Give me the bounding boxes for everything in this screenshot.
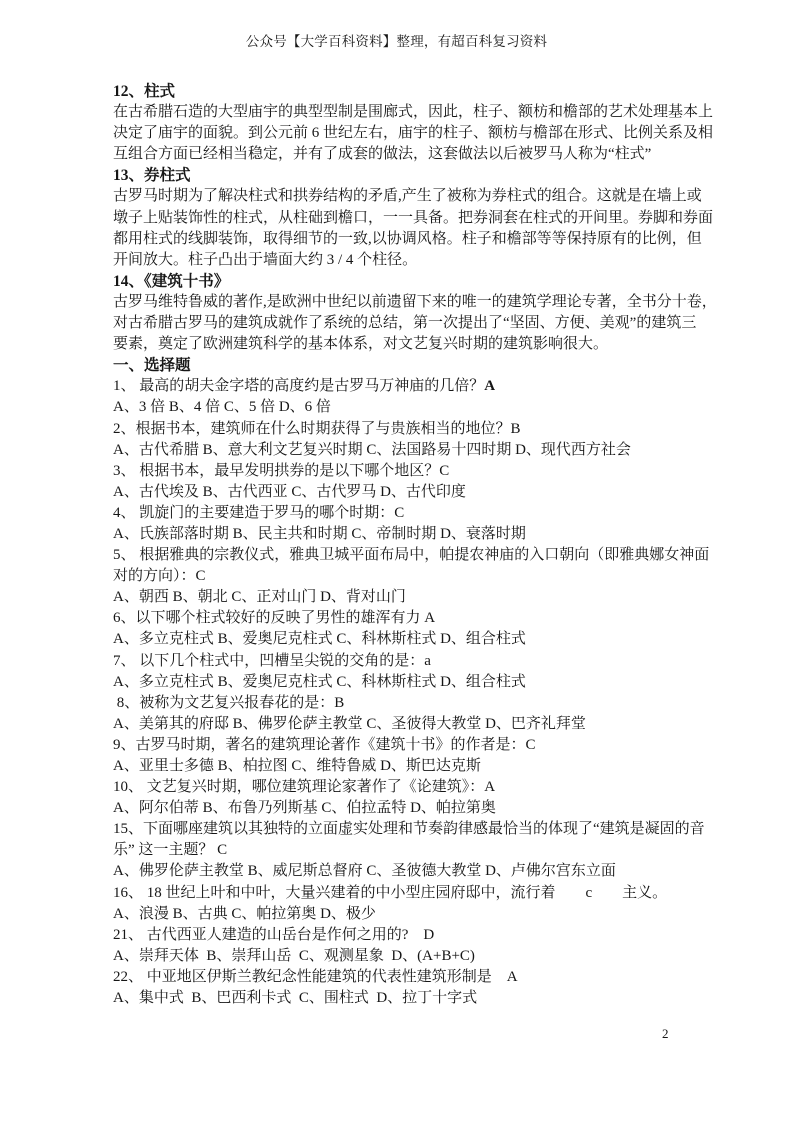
document-line: 开间放大。柱子凸出于墙面大约 3 / 4 个柱径。 [113, 250, 695, 271]
document-line: A、集中式 B、巴西利卡式 C、围柱式 D、拉丁十字式 [113, 988, 695, 1009]
line-text: A、古代埃及 B、古代西亚 C、古代罗马 D、古代印度 [113, 484, 466, 500]
document-line: A、3 倍 B、4 倍 C、5 倍 D、6 倍 [113, 397, 695, 418]
document-line: 10、 文艺复兴时期，哪位建筑理论家著作了《论建筑》：A [113, 777, 695, 798]
document-line: 8、被称为文艺复兴报春花的是：B [113, 693, 695, 714]
document-line: A、多立克柱式 B、爱奥尼克柱式 C、科林斯柱式 D、组合柱式 [113, 672, 695, 693]
line-text: A、多立克柱式 B、爱奥尼克柱式 C、科林斯柱式 D、组合柱式 [113, 674, 526, 690]
line-text: 9、古罗马时期，著名的建筑理论著作《建筑十书》的作者是：C [113, 737, 536, 753]
line-text: 决定了庙宇的面貌。到公元前 6 世纪左右，庙宇的柱子、额枋与檐部在形式、比例关系… [113, 125, 713, 141]
line-text: 13、券柱式 [113, 167, 191, 184]
section-heading: 12、柱式 [113, 81, 695, 102]
document-line: 对的方向）：C [113, 566, 695, 587]
document-line: 古罗马时期为了解决柱式和拱券结构的矛盾,产生了被称为券柱式的组合。这就是在墙上或 [113, 186, 695, 207]
section-heading: 13、券柱式 [113, 165, 695, 186]
line-text: A、古代希腊 B、意大利文艺复兴时期 C、法国路易十四时期 D、现代西方社会 [113, 442, 631, 458]
line-text: A、3 倍 B、4 倍 C、5 倍 D、6 倍 [113, 399, 331, 415]
document-line: 在古希腊石造的大型庙宇的典型型制是围廊式，因此，柱子、额枋和檐部的艺术处理基本上 [113, 102, 695, 123]
document-line: 3、 根据书本，最早发明拱券的是以下哪个地区？C [113, 461, 695, 482]
line-text: 14、《建筑十书》 [113, 273, 229, 290]
line-text: 15、下面哪座建筑以其独特的立面虚实处理和节奏韵律感最恰当的体现了“建筑是凝固的… [113, 821, 705, 837]
line-text: A、佛罗伦萨主教堂 B、威尼斯总督府 C、圣彼德大教堂 D、卢佛尔宫东立面 [113, 863, 616, 879]
document-line: 4、 凯旋门的主要建造于罗马的哪个时期：C [113, 503, 695, 524]
document-line: 要素，奠定了欧洲建筑科学的基本体系，对文艺复兴时期的建筑影响很大。 [113, 334, 695, 355]
document-line: 21、 古代西亚人建造的山岳台是作何之用的? D [113, 925, 695, 946]
line-text: A、多立克柱式 B、爱奥尼克柱式 C、科林斯柱式 D、组合柱式 [113, 631, 526, 647]
document-line: A、古代埃及 B、古代西亚 C、古代罗马 D、古代印度 [113, 482, 695, 503]
line-text: A、朝西 B、朝北 C、正对山门 D、背对山门 [113, 589, 406, 605]
document-line: 1、 最高的胡夫金字塔的高度约是古罗马万神庙的几倍？A [113, 376, 695, 397]
line-text: 2、根据书本，建筑师在什么时期获得了与贵族相当的地位？B [113, 421, 521, 437]
document-line: 16、 18 世纪上叶和中叶，大量兴建着的中小型庄园府邸中，流行着 c 主义。 [113, 883, 695, 904]
line-text: 6、以下哪个柱式较好的反映了男性的雄浑有力 A [113, 610, 435, 626]
document-line: A、亚里士多德 B、柏拉图 C、维特鲁威 D、斯巴达克斯 [113, 756, 695, 777]
document-line: 都用柱式的线脚装饰，取得细节的一致,以协调风格。柱子和檐部等等保持原有的比例，但 [113, 229, 695, 250]
document-line: A、阿尔伯蒂 B、布鲁乃列斯基 C、伯拉孟特 D、帕拉第奥 [113, 798, 695, 819]
line-text: 8、被称为文艺复兴报春花的是：B [113, 695, 344, 711]
document-line: A、浪漫 B、古典 C、帕拉第奥 D、极少 [113, 904, 695, 925]
line-text: A、氏族部落时期 B、民主共和时期 C、帝制时期 D、衰落时期 [113, 526, 526, 542]
document-line: 2、根据书本，建筑师在什么时期获得了与贵族相当的地位？B [113, 419, 695, 440]
line-text: 要素，奠定了欧洲建筑科学的基本体系，对文艺复兴时期的建筑影响很大。 [113, 336, 608, 352]
line-text: 乐” 这一主题？ C [113, 842, 227, 858]
document-line: A、古代希腊 B、意大利文艺复兴时期 C、法国路易十四时期 D、现代西方社会 [113, 440, 695, 461]
document-line: 对古希腊古罗马的建筑成就作了系统的总结，第一次提出了“坚固、方便、美观”的建筑三 [113, 313, 695, 334]
line-text: A、崇拜天体 B、崇拜山岳 C、观测星象 D、(A+B+C) [113, 948, 475, 964]
document-line: 15、下面哪座建筑以其独特的立面虚实处理和节奏韵律感最恰当的体现了“建筑是凝固的… [113, 819, 695, 840]
document-line: A、朝西 B、朝北 C、正对山门 D、背对山门 [113, 587, 695, 608]
answer-letter: A [484, 378, 495, 394]
line-text: 互组合方面已经相当稳定，并有了成套的做法，这套做法以后被罗马人称为“柱式” [113, 146, 651, 162]
document-line: A、崇拜天体 B、崇拜山岳 C、观测星象 D、(A+B+C) [113, 946, 695, 967]
section-heading: 14、《建筑十书》 [113, 271, 695, 292]
page-header-text: 公众号【大学百科资料】整理，有超百科复习资料 [0, 30, 793, 50]
line-text: 22、 中亚地区伊斯兰教纪念性能建筑的代表性建筑形制是 A [113, 969, 518, 985]
line-text: 在古希腊石造的大型庙宇的典型型制是围廊式，因此，柱子、额枋和檐部的艺术处理基本上 [113, 104, 713, 120]
line-text: 一、选择题 [113, 357, 191, 374]
document-line: 墩子上贴装饰性的柱式，从柱础到檐口，一一具备。把券洞套在柱式的开间里。券脚和券面 [113, 208, 695, 229]
line-text: 开间放大。柱子凸出于墙面大约 3 / 4 个柱径。 [113, 252, 417, 268]
line-text: 5、 根据雅典的宗教仪式，雅典卫城平面布局中，帕提农神庙的入口朝向（即雅典娜女神… [113, 547, 709, 563]
document-line: 22、 中亚地区伊斯兰教纪念性能建筑的代表性建筑形制是 A [113, 967, 695, 988]
line-text: A、阿尔伯蒂 B、布鲁乃列斯基 C、伯拉孟特 D、帕拉第奥 [113, 800, 496, 816]
line-text: A、集中式 B、巴西利卡式 C、围柱式 D、拉丁十字式 [113, 990, 477, 1006]
line-text: A、浪漫 B、古典 C、帕拉第奥 D、极少 [113, 906, 376, 922]
page-number: 2 [662, 1026, 669, 1042]
line-text: 12、柱式 [113, 83, 175, 100]
line-text: 都用柱式的线脚装饰，取得细节的一致,以协调风格。柱子和檐部等等保持原有的比例，但 [113, 231, 702, 247]
document-line: 9、古罗马时期，著名的建筑理论著作《建筑十书》的作者是：C [113, 735, 695, 756]
document-line: A、氏族部落时期 B、民主共和时期 C、帝制时期 D、衰落时期 [113, 524, 695, 545]
document-line: 5、 根据雅典的宗教仪式，雅典卫城平面布局中，帕提农神庙的入口朝向（即雅典娜女神… [113, 545, 695, 566]
line-text: 1、 最高的胡夫金字塔的高度约是古罗马万神庙的几倍？ [113, 378, 484, 394]
document-line: A、多立克柱式 B、爱奥尼克柱式 C、科林斯柱式 D、组合柱式 [113, 629, 695, 650]
line-text: 墩子上贴装饰性的柱式，从柱础到檐口，一一具备。把券洞套在柱式的开间里。券脚和券面 [113, 210, 713, 226]
line-text: A、美第其的府邸 B、佛罗伦萨主教堂 C、圣彼得大教堂 D、巴齐礼拜堂 [113, 716, 586, 732]
line-text: 21、 古代西亚人建造的山岳台是作何之用的? D [113, 927, 434, 943]
line-text: 古罗马维特鲁威的著作,是欧洲中世纪以前遗留下来的唯一的建筑学理论专著，全书分十卷… [113, 294, 717, 310]
line-text: 对古希腊古罗马的建筑成就作了系统的总结，第一次提出了“坚固、方便、美观”的建筑三 [113, 315, 696, 331]
line-text: 16、 18 世纪上叶和中叶，大量兴建着的中小型庄园府邸中，流行着 c 主义。 [113, 885, 667, 901]
line-text: 10、 文艺复兴时期，哪位建筑理论家著作了《论建筑》：A [113, 779, 495, 795]
line-text: 4、 凯旋门的主要建造于罗马的哪个时期：C [113, 505, 404, 521]
document-line: 互组合方面已经相当稳定，并有了成套的做法，这套做法以后被罗马人称为“柱式” [113, 144, 695, 165]
document-line: 7、 以下几个柱式中，凹槽呈尖锐的交角的是：a [113, 651, 695, 672]
document-page: 公众号【大学百科资料】整理，有超百科复习资料 12、柱式在古希腊石造的大型庙宇的… [0, 0, 793, 1122]
document-content: 12、柱式在古希腊石造的大型庙宇的典型型制是围廊式，因此，柱子、额枋和檐部的艺术… [113, 81, 695, 1009]
document-line: A、美第其的府邸 B、佛罗伦萨主教堂 C、圣彼得大教堂 D、巴齐礼拜堂 [113, 714, 695, 735]
document-line: 6、以下哪个柱式较好的反映了男性的雄浑有力 A [113, 608, 695, 629]
document-line: 古罗马维特鲁威的著作,是欧洲中世纪以前遗留下来的唯一的建筑学理论专著，全书分十卷… [113, 292, 695, 313]
section-heading: 一、选择题 [113, 355, 695, 376]
document-line: 乐” 这一主题？ C [113, 840, 695, 861]
document-line: 决定了庙宇的面貌。到公元前 6 世纪左右，庙宇的柱子、额枋与檐部在形式、比例关系… [113, 123, 695, 144]
document-line: A、佛罗伦萨主教堂 B、威尼斯总督府 C、圣彼德大教堂 D、卢佛尔宫东立面 [113, 861, 695, 882]
line-text: 3、 根据书本，最早发明拱券的是以下哪个地区？C [113, 463, 449, 479]
line-text: 7、 以下几个柱式中，凹槽呈尖锐的交角的是：a [113, 653, 431, 669]
line-text: A、亚里士多德 B、柏拉图 C、维特鲁威 D、斯巴达克斯 [113, 758, 481, 774]
line-text: 对的方向）：C [113, 568, 206, 584]
line-text: 古罗马时期为了解决柱式和拱券结构的矛盾,产生了被称为券柱式的组合。这就是在墙上或 [113, 188, 702, 204]
